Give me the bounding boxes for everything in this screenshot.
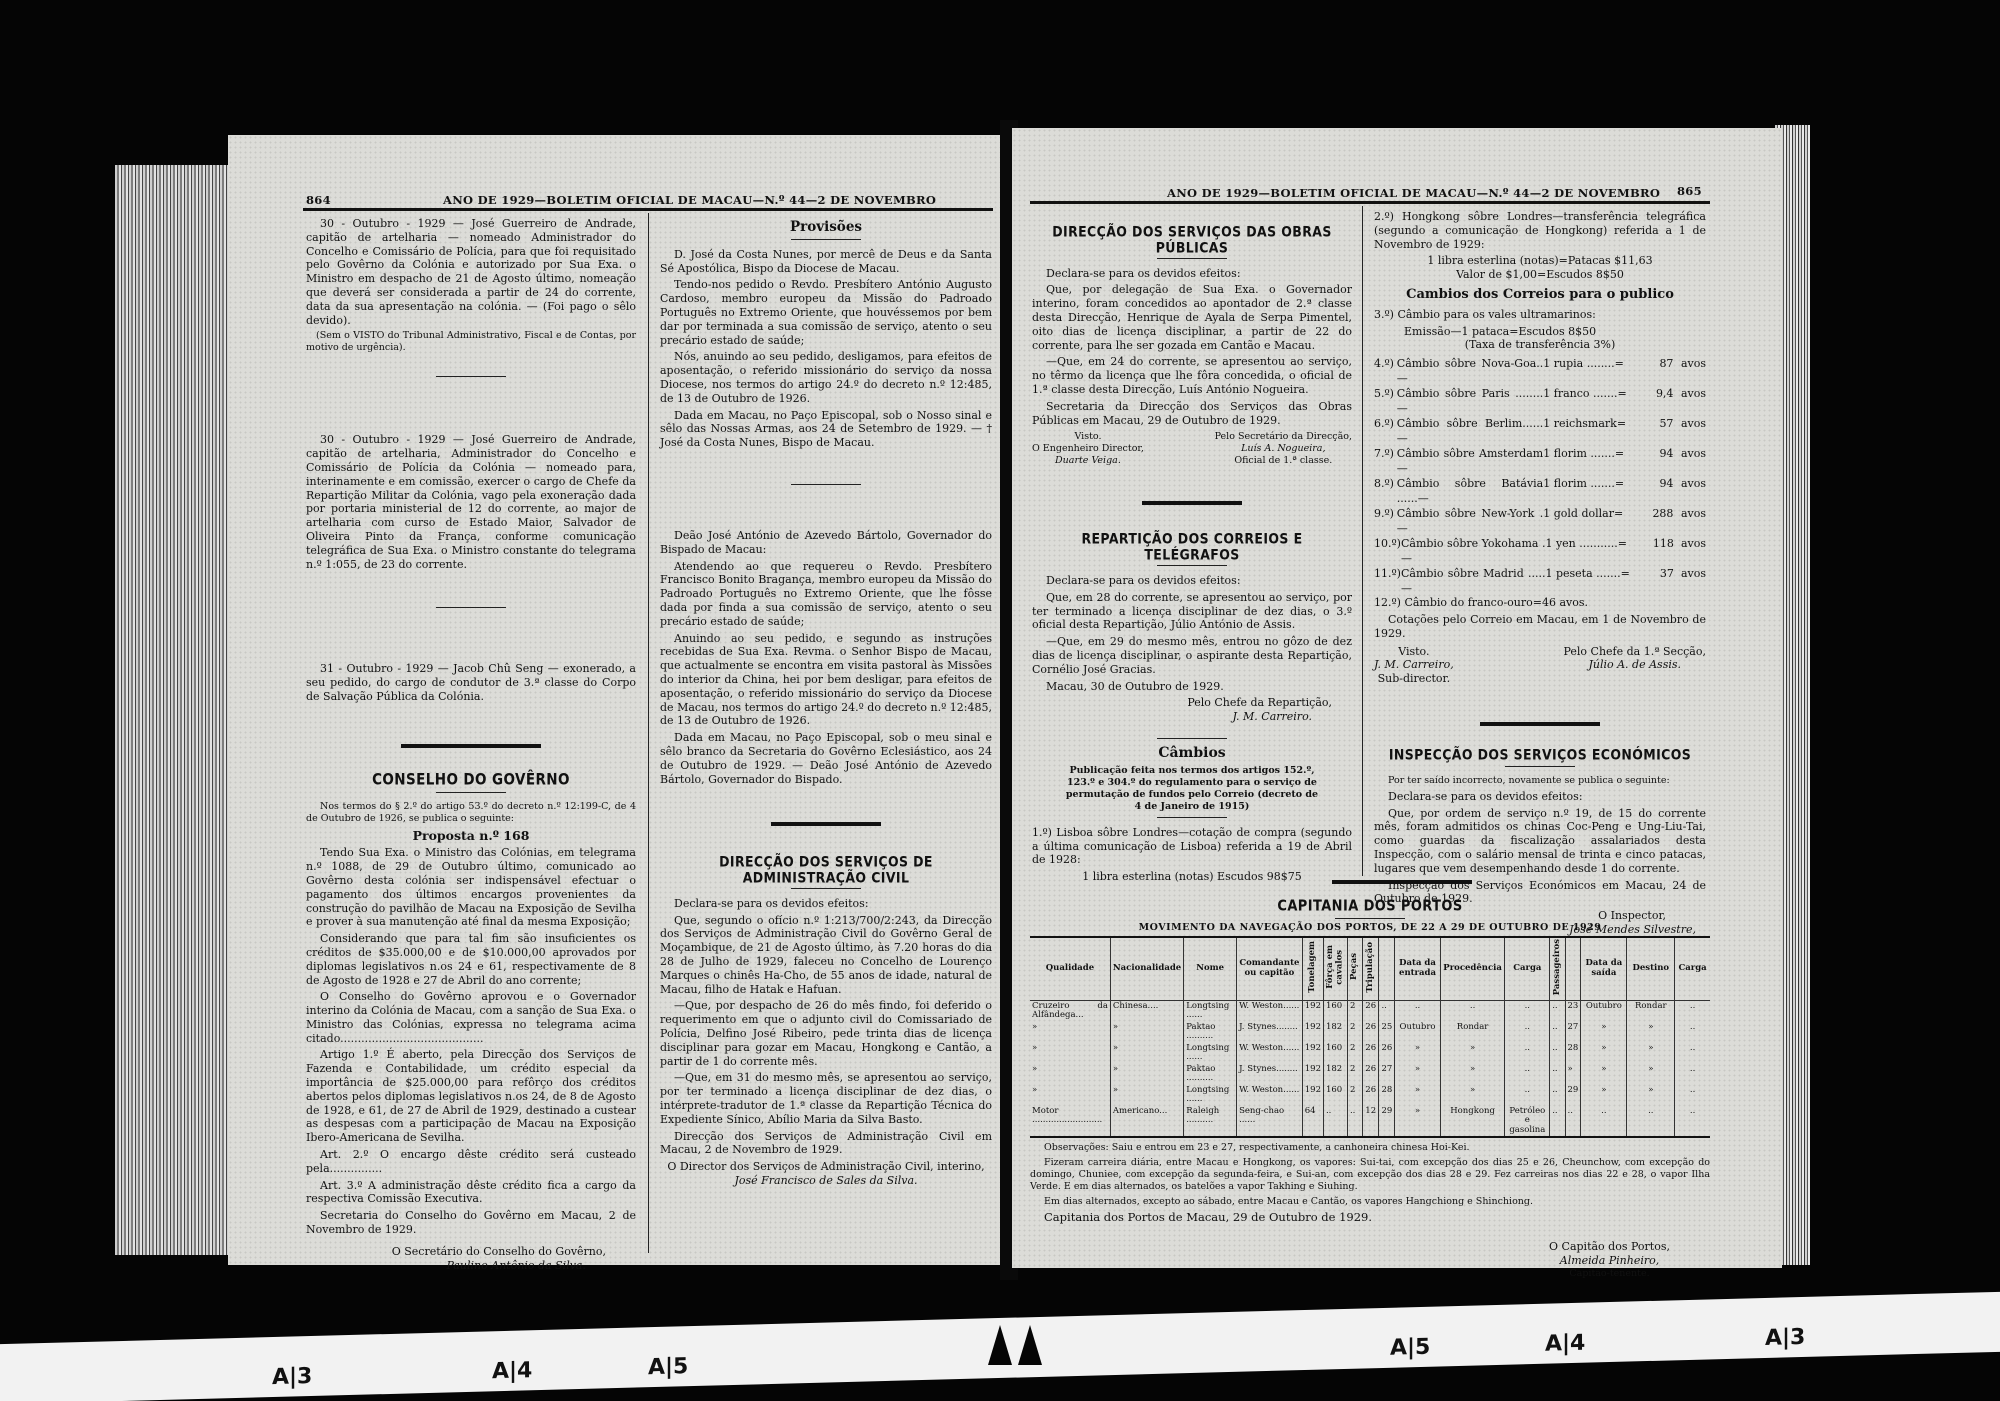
rate-row: 7.º)Câmbio sôbre Amsterdam—1 florim ....… xyxy=(1374,446,1706,476)
sig-name: J. M. Carreiro, xyxy=(1374,658,1454,672)
conselho-art2: Art. 2.º O encargo dêste crédito será cu… xyxy=(306,1148,636,1176)
frame-mark: A|3 xyxy=(1765,1325,1805,1351)
right-col-2: 2.º) Hongkong sôbre Londres—transferênci… xyxy=(1374,210,1706,937)
cell: W. Weston...... xyxy=(1237,1043,1303,1064)
cell: 192 xyxy=(1302,1043,1323,1064)
column-divider xyxy=(648,213,649,1253)
navigation-table-title: MOVIMENTO DA NAVEGAÇÃO DOS PORTOS, DE 22… xyxy=(1030,922,1710,934)
col-header: Tonelagem xyxy=(1308,941,1318,993)
rate-num: 5.º) xyxy=(1374,386,1397,416)
cell: » xyxy=(1581,1085,1627,1106)
cell: 27 xyxy=(1379,1064,1395,1085)
film-notch-left xyxy=(988,1325,1012,1365)
rate-avos: avos xyxy=(1673,476,1706,506)
cambios-item3-v1: Emissão—1 pataca=Escudos 8$50 xyxy=(1374,325,1706,339)
provisoes-p2: Tendo-nos pedido o Revdo. Presbítero Ant… xyxy=(660,278,992,347)
separator xyxy=(1505,766,1575,767)
cambios-signatures: Visto.J. M. Carreiro,Sub-director. Pelo … xyxy=(1374,645,1706,686)
header-rule xyxy=(303,208,993,211)
cell: 23 xyxy=(1565,1000,1581,1022)
rate-avos: avos xyxy=(1673,446,1706,476)
cell: .. xyxy=(1550,1085,1565,1106)
cell: Americano... xyxy=(1110,1106,1183,1137)
obs-1: Observações: Saiu e entrou em 23 e 27, r… xyxy=(1030,1142,1710,1154)
frame-mark: A|5 xyxy=(1390,1335,1430,1361)
rate-city: Câmbio sôbre Nova-Goa..— xyxy=(1397,356,1543,386)
frame-mark: A|3 xyxy=(272,1364,312,1390)
sig-line: Visto. xyxy=(1374,645,1454,659)
sig-name: Almeida Pinheiro, xyxy=(1549,1254,1670,1268)
cell: » xyxy=(1627,1043,1675,1064)
navigation-table-wrap: Qualidade Nacionalidade Nome Comandante … xyxy=(1030,936,1710,1138)
cell: » xyxy=(1565,1064,1581,1085)
sig-name: Júlio A. de Assis. xyxy=(1563,658,1706,672)
frame-mark: A|4 xyxy=(1545,1331,1585,1357)
cell: 26 xyxy=(1363,1064,1379,1085)
provisoes-p4: Dada em Macau, no Paço Episcopal, sob o … xyxy=(660,409,992,450)
conselho-p1: Tendo Sua Exa. o Ministro das Colónias, … xyxy=(306,846,636,929)
inspeccao-p0: Declara-se para os devidos efeitos: xyxy=(1374,790,1706,804)
rate-value: 37 xyxy=(1642,566,1674,596)
separator xyxy=(436,792,506,793)
cell: 26 xyxy=(1363,1022,1379,1043)
cell: 27 xyxy=(1565,1022,1581,1043)
rate-unit: 1 peseta .......= xyxy=(1545,566,1641,596)
bartolo-p2: Atendendo ao que requereu o Revdo. Presb… xyxy=(660,560,992,629)
sig-line: Visto. xyxy=(1032,431,1144,443)
admin-civil-p0: Declara-se para os devidos efeitos: xyxy=(660,897,992,911)
right-running-head: ANO DE 1929—BOLETIM OFICIAL DE MACAU—N.º… xyxy=(1167,186,1660,200)
cell: 26 xyxy=(1363,1000,1379,1022)
table-header-row: Qualidade Nacionalidade Nome Comandante … xyxy=(1030,938,1710,1000)
cell: 26 xyxy=(1363,1085,1379,1106)
section-separator xyxy=(1142,501,1242,505)
cell: » xyxy=(1110,1043,1183,1064)
left-col-1: 30 - Outubro - 1929 — José Guerreiro de … xyxy=(306,217,636,1272)
rate-city: Câmbio sôbre New-York .— xyxy=(1397,506,1543,536)
cell: Paktao .......... xyxy=(1184,1022,1237,1043)
capitania-heading: CAPITANIA DOS PORTOS xyxy=(1030,899,1710,915)
cell: .. xyxy=(1347,1106,1362,1137)
rate-avos: avos xyxy=(1673,416,1706,446)
inspeccao-heading: INSPECÇÃO DOS SERVIÇOS ECONÓMICOS xyxy=(1374,747,1706,763)
capitania-section: CAPITANIA DOS PORTOS MOVIMENTO DA NAVEGA… xyxy=(1030,894,1710,1228)
cell: Longtsing ...... xyxy=(1184,1000,1237,1022)
rate-num: 8.º) xyxy=(1374,476,1397,506)
left-col-2: Provisões D. José da Costa Nunes, por me… xyxy=(660,217,992,1188)
cell: » xyxy=(1030,1085,1110,1106)
sig-line: Oficial de 1.ª classe. xyxy=(1215,455,1352,467)
separator xyxy=(1157,738,1227,739)
cell: 182 xyxy=(1323,1064,1347,1085)
film-notch-right xyxy=(1018,1325,1042,1365)
rate-avos: avos xyxy=(1674,536,1706,566)
col-header: Passageiros xyxy=(1553,939,1563,995)
cell: Longtsing ...... xyxy=(1184,1043,1237,1064)
bartolo-p3: Anuindo ao seu pedido, e segundo as inst… xyxy=(660,632,992,729)
rate-row: 8.º)Câmbio sôbre Batávia ......—1 florim… xyxy=(1374,476,1706,506)
rate-num: 10.º) xyxy=(1374,536,1401,566)
rate-row: 9.º)Câmbio sôbre New-York .—1 gold dolla… xyxy=(1374,506,1706,536)
admin-civil-p3: —Que, em 31 do mesmo mês, se apresentou … xyxy=(660,1071,992,1126)
cell: Petróleo e gasolina xyxy=(1505,1106,1550,1137)
obras-p2: —Que, em 24 do corrente, se apresentou a… xyxy=(1032,355,1352,396)
cambios-closing: Cotações pelo Correio em Macau, em 1 de … xyxy=(1374,613,1706,641)
cell: .. xyxy=(1379,1000,1395,1022)
column-divider xyxy=(1362,206,1363,876)
table-row: »»Longtsing ......W. Weston......1921602… xyxy=(1030,1085,1710,1106)
col-header: Data da entrada xyxy=(1395,938,1440,1000)
admin-civil-p4: Direcção dos Serviços de Administração C… xyxy=(660,1130,992,1158)
col-header xyxy=(1379,938,1395,1000)
cell: 192 xyxy=(1302,1000,1323,1022)
cell: 192 xyxy=(1302,1085,1323,1106)
cell: 2 xyxy=(1347,1043,1362,1064)
cell: J. Stynes........ xyxy=(1237,1064,1303,1085)
inspeccao-p1: Que, por ordem de serviço n.º 19, de 15 … xyxy=(1374,807,1706,876)
rate-avos: avos xyxy=(1673,506,1706,536)
cell: 28 xyxy=(1565,1043,1581,1064)
admin-civil-p1: Que, segundo o ofício n.º 1:213/700/2:24… xyxy=(660,914,992,997)
cell: .. xyxy=(1505,1000,1550,1022)
conselho-p3: O Conselho do Govêrno aprovou e o Govern… xyxy=(306,990,636,1045)
cell: 28 xyxy=(1379,1085,1395,1106)
separator xyxy=(1157,817,1227,818)
sig-line: O Capitão dos Portos, xyxy=(1549,1240,1670,1254)
bartolo-p4: Dada em Macau, no Paço Episcopal, sob o … xyxy=(660,731,992,786)
cell: .. xyxy=(1675,1022,1710,1043)
cell: » xyxy=(1440,1043,1505,1064)
appointment-note: (Sem o VISTO do Tribunal Administrativo,… xyxy=(306,330,636,354)
rate-value: 118 xyxy=(1642,536,1674,566)
cell: » xyxy=(1395,1064,1440,1085)
cell: Rondar xyxy=(1440,1022,1505,1043)
conselho-closing: Secretaria do Conselho do Govêrno em Mac… xyxy=(306,1209,636,1237)
conselho-heading: CONSELHO DO GOVÊRNO xyxy=(306,773,636,789)
cell: » xyxy=(1110,1064,1183,1085)
capitania-closing: Capitania dos Portos de Macau, 29 de Out… xyxy=(1030,1211,1710,1225)
separator xyxy=(436,607,506,608)
rate-unit: 1 rupia ........= xyxy=(1543,356,1641,386)
inspeccao-intro: Por ter saído incorrecto, novamente se p… xyxy=(1374,775,1706,787)
rate-city: Câmbio sôbre Yokohama .— xyxy=(1401,536,1545,566)
cell: » xyxy=(1440,1064,1505,1085)
cell: Paktao .......... xyxy=(1184,1064,1237,1085)
obras-p1: Que, por delegação de Sua Exa. o Governa… xyxy=(1032,283,1352,352)
rate-value: 94 xyxy=(1641,446,1674,476)
rate-row: 5.º)Câmbio sôbre Paris ........—1 franco… xyxy=(1374,386,1706,416)
rate-avos: avos xyxy=(1673,386,1706,416)
cell: Hongkong xyxy=(1440,1106,1505,1137)
sig-name: Duarte Veiga. xyxy=(1032,455,1144,467)
rate-row: 4.º)Câmbio sôbre Nova-Goa..—1 rupia ....… xyxy=(1374,356,1706,386)
conselho-sig-name: Paulino Antônio da Silva. xyxy=(306,1259,636,1273)
cambios-subtitle: Publicação feita nos termos dos artigos … xyxy=(1032,765,1352,813)
rate-unit: 1 florim .......= xyxy=(1543,476,1641,506)
left-running-head: ANO DE 1929—BOLETIM OFICIAL DE MACAU—N.º… xyxy=(443,193,936,207)
cell: 29 xyxy=(1379,1106,1395,1137)
cell: J. Stynes........ xyxy=(1237,1022,1303,1043)
cell: » xyxy=(1030,1022,1110,1043)
cell: .. xyxy=(1675,1000,1710,1022)
header-rule xyxy=(1030,201,1710,204)
appointment-entry-1: 30 - Outubro - 1929 — José Guerreiro de … xyxy=(306,217,636,327)
cell: 2 xyxy=(1347,1022,1362,1043)
admin-civil-p2: —Que, por despacho de 26 do mês findo, f… xyxy=(660,999,992,1068)
obras-heading: DIRECÇÃO DOS SERVIÇOS DAS OBRAS PÚBLICAS xyxy=(1032,224,1352,256)
rate-num: 11.º) xyxy=(1374,566,1401,596)
cell: » xyxy=(1581,1043,1627,1064)
obras-p3: Secretaria da Direcção dos Serviços das … xyxy=(1032,400,1352,428)
cell: Chinesa.... xyxy=(1110,1000,1183,1022)
cell: .. xyxy=(1550,1106,1565,1137)
obs-3: Em dias alternados, excepto ao sábado, e… xyxy=(1030,1196,1710,1208)
cell: Outubro xyxy=(1581,1000,1627,1022)
correios-p3: Macau, 30 de Outubro de 1929. xyxy=(1032,680,1352,694)
section-separator xyxy=(1332,880,1472,884)
rate-row: 6.º)Câmbio sôbre Berlim......—1 reichsma… xyxy=(1374,416,1706,446)
table-row: »»Paktao ..........J. Stynes........1921… xyxy=(1030,1022,1710,1043)
cell: 2 xyxy=(1347,1085,1362,1106)
provisoes-heading: Provisões xyxy=(660,221,992,235)
right-page-number: 865 xyxy=(1677,184,1702,198)
bartolo-p1: Deão José António de Azevedo Bártolo, Go… xyxy=(660,529,992,557)
conselho-art1: Artigo 1.º É aberto, pela Direcção dos S… xyxy=(306,1048,636,1145)
rate-city: Câmbio sôbre Batávia ......— xyxy=(1397,476,1543,506)
admin-civil-heading: DIRECÇÃO DOS SERVIÇOS DE ADMINISTRAÇÃO C… xyxy=(660,854,992,886)
col-header: Nome xyxy=(1184,938,1237,1000)
rate-unit: 1 yen ...........= xyxy=(1545,536,1641,566)
cell: .. xyxy=(1550,1000,1565,1022)
cell: .. xyxy=(1565,1106,1581,1137)
cell: 160 xyxy=(1323,1085,1347,1106)
rate-city: Câmbio sôbre Amsterdam— xyxy=(1397,446,1543,476)
cell: .. xyxy=(1505,1064,1550,1085)
cell: » xyxy=(1395,1106,1440,1137)
cell: » xyxy=(1030,1064,1110,1085)
col-header: Tripulação xyxy=(1366,942,1376,993)
cell: .. xyxy=(1675,1064,1710,1085)
separator xyxy=(791,888,861,889)
cambios-item2-v2: Valor de $1,00=Escudos 8$50 xyxy=(1374,268,1706,282)
cambios-item2: 2.º) Hongkong sôbre Londres—transferênci… xyxy=(1374,210,1706,251)
frame-mark: A|5 xyxy=(648,1354,688,1380)
conselho-art3: Art. 3.º A administração dêste crédito f… xyxy=(306,1179,636,1207)
section-separator xyxy=(771,822,881,826)
cell: Raleigh .......... xyxy=(1184,1106,1237,1137)
table-row: Cruzeiro da Alfândega...Chinesa....Longt… xyxy=(1030,1000,1710,1022)
cell: 26 xyxy=(1363,1043,1379,1064)
col-header: Fôrça em cavalos xyxy=(1326,937,1345,997)
col-header: Comandante ou capitão xyxy=(1237,938,1303,1000)
left-page: 864 ANO DE 1929—BOLETIM OFICIAL DE MACAU… xyxy=(228,135,1006,1265)
cell: » xyxy=(1395,1043,1440,1064)
rate-num: 6.º) xyxy=(1374,416,1397,446)
rate-avos: avos xyxy=(1674,566,1706,596)
rate-avos: avos xyxy=(1673,356,1706,386)
cambios-item2-v1: 1 libra esterlina (notas)=Patacas $11,63 xyxy=(1374,254,1706,268)
col-header: Destino xyxy=(1627,938,1675,1000)
cell: .. xyxy=(1550,1022,1565,1043)
cell: .. xyxy=(1550,1064,1565,1085)
cell: » xyxy=(1110,1085,1183,1106)
navigation-table: Qualidade Nacionalidade Nome Comandante … xyxy=(1030,938,1710,1136)
proposta-title: Proposta n.º 168 xyxy=(306,829,636,843)
capitania-signature: O Capitão dos Portos, Almeida Pinheiro, … xyxy=(1549,1240,1670,1280)
sig-line: Capitão-tenente. xyxy=(1549,1268,1670,1280)
cell: .. xyxy=(1395,1000,1440,1022)
provisoes-p1: D. José da Costa Nunes, por mercê de Deu… xyxy=(660,248,992,276)
cambios-item1-value: 1 libra esterlina (notas) Escudos 98$75 xyxy=(1032,870,1352,884)
cambios-item3: 3.º) Câmbio para os vales ultramarinos: xyxy=(1374,308,1706,322)
sig-line: O Engenheiro Director, xyxy=(1032,443,1144,455)
cell: Longtsing ...... xyxy=(1184,1085,1237,1106)
section-separator xyxy=(1480,722,1600,726)
right-col-1: DIRECÇÃO DOS SERVIÇOS DAS OBRAS PÚBLICAS… xyxy=(1032,220,1352,884)
cell: 25 xyxy=(1379,1022,1395,1043)
cell: » xyxy=(1581,1064,1627,1085)
obras-p0: Declara-se para os devidos efeitos: xyxy=(1032,267,1352,281)
cell: .. xyxy=(1675,1085,1710,1106)
sig-line: Sub-director. xyxy=(1374,672,1454,686)
cell: » xyxy=(1395,1085,1440,1106)
exoneration-entry: 31 - Outubro - 1929 — Jacob Chû Seng — e… xyxy=(306,662,636,703)
cell: .. xyxy=(1323,1106,1347,1137)
separator xyxy=(1157,258,1227,259)
cell: » xyxy=(1627,1022,1675,1043)
sig-name: Luís A. Nogueira, xyxy=(1215,443,1352,455)
cell: 12 xyxy=(1363,1106,1379,1137)
cell: .. xyxy=(1505,1022,1550,1043)
cell: 2 xyxy=(1347,1000,1362,1022)
correios-sig-title: Pelo Chefe da Repartição, xyxy=(1032,696,1352,710)
cell: 160 xyxy=(1323,1000,1347,1022)
cell: Rondar xyxy=(1627,1000,1675,1022)
cell: .. xyxy=(1675,1106,1710,1137)
cell: Motor .......................... xyxy=(1030,1106,1110,1137)
col-header: Carga xyxy=(1675,938,1710,1000)
correios-p2: —Que, em 29 do mesmo mês, entrou no gôzo… xyxy=(1032,635,1352,676)
rate-value: 288 xyxy=(1641,506,1674,536)
col-header xyxy=(1565,938,1581,1000)
correios-heading: REPARTIÇÃO DOS CORREIOS E TELÉGRAFOS xyxy=(1032,531,1352,563)
table-row: Motor ..........................American… xyxy=(1030,1106,1710,1137)
cambios-heading: Câmbios xyxy=(1032,747,1352,761)
cell: .. xyxy=(1440,1000,1505,1022)
capitania-observations: Observações: Saiu e entrou em 23 e 27, r… xyxy=(1030,1142,1710,1208)
separator xyxy=(1335,918,1405,919)
cell: 29 xyxy=(1565,1085,1581,1106)
cambios-correios-heading: Cambios dos Correios para o publico xyxy=(1374,288,1706,302)
rate-city: Câmbio sôbre Madrid .....— xyxy=(1401,566,1545,596)
cell: » xyxy=(1627,1064,1675,1085)
rate-unit: 1 florim .......= xyxy=(1543,446,1641,476)
cell: » xyxy=(1110,1022,1183,1043)
rate-num: 7.º) xyxy=(1374,446,1397,476)
correios-sig-name: J. M. Carreiro. xyxy=(1032,710,1352,724)
col-header: Nacionalidade xyxy=(1110,938,1183,1000)
cell: Seng-chao ...... xyxy=(1237,1106,1303,1137)
cambios-item12: 12.º) Câmbio do franco-ouro=46 avos. xyxy=(1374,596,1706,610)
cell: .. xyxy=(1550,1043,1565,1064)
obras-signatures: Visto.O Engenheiro Director,Duarte Veiga… xyxy=(1032,431,1352,467)
rate-num: 4.º) xyxy=(1374,356,1397,386)
cell: » xyxy=(1627,1085,1675,1106)
cell: .. xyxy=(1675,1043,1710,1064)
cell: .. xyxy=(1627,1106,1675,1137)
section-separator xyxy=(401,744,541,748)
rate-unit: 1 reichsmark= xyxy=(1543,416,1641,446)
cell: » xyxy=(1440,1085,1505,1106)
rate-city: Câmbio sôbre Berlim......— xyxy=(1397,416,1543,446)
rate-num: 9.º) xyxy=(1374,506,1397,536)
appointment-entry-2: 30 - Outubro - 1929 — José Guerreiro de … xyxy=(306,433,636,571)
separator xyxy=(791,484,861,485)
right-page: ANO DE 1929—BOLETIM OFICIAL DE MACAU—N.º… xyxy=(1012,128,1782,1268)
cell: .. xyxy=(1581,1106,1627,1137)
obs-2: Fizeram carreira diária, entre Macau e H… xyxy=(1030,1157,1710,1193)
table-row: »»Paktao ..........J. Stynes........1921… xyxy=(1030,1064,1710,1085)
cell: 182 xyxy=(1323,1022,1347,1043)
exchange-rate-list: 4.º)Câmbio sôbre Nova-Goa..—1 rupia ....… xyxy=(1374,356,1706,596)
cell: 192 xyxy=(1302,1022,1323,1043)
rate-value: 9,4 xyxy=(1641,386,1674,416)
separator xyxy=(1157,565,1227,566)
conselho-intro: Nos termos do § 2.º do artigo 53.º do de… xyxy=(306,801,636,825)
rate-row: 11.º)Câmbio sôbre Madrid .....—1 peseta … xyxy=(1374,566,1706,596)
left-page-number: 864 xyxy=(306,193,331,207)
table-row: »»Longtsing ......W. Weston......1921602… xyxy=(1030,1043,1710,1064)
correios-p1: Que, em 28 do corrente, se apresentou ao… xyxy=(1032,591,1352,632)
cell: .. xyxy=(1505,1043,1550,1064)
cambios-item3-v2: (Taxa de transferência 3%) xyxy=(1374,338,1706,352)
col-header: Peças xyxy=(1350,953,1360,980)
rate-unit: 1 gold dollar= xyxy=(1543,506,1641,536)
cell: Outubro xyxy=(1395,1022,1440,1043)
rate-unit: 1 franco .......= xyxy=(1543,386,1641,416)
sig-line: Pelo Secretário da Direcção, xyxy=(1215,431,1352,443)
cambios-item1: 1.º) Lisboa sôbre Londres—cotação de com… xyxy=(1032,826,1352,867)
cell: 160 xyxy=(1323,1043,1347,1064)
conselho-sig-title: O Secretário do Conselho do Govêrno, xyxy=(306,1245,636,1259)
col-header: Carga xyxy=(1505,938,1550,1000)
rate-value: 94 xyxy=(1641,476,1674,506)
frame-mark: A|4 xyxy=(492,1358,532,1384)
cell: » xyxy=(1581,1022,1627,1043)
cell: .. xyxy=(1505,1085,1550,1106)
conselho-p2: Considerando que para tal fim são insufi… xyxy=(306,932,636,987)
separator xyxy=(791,239,861,240)
rate-value: 57 xyxy=(1641,416,1674,446)
admin-civil-sig-title: O Director dos Serviços de Administração… xyxy=(660,1160,992,1174)
cell: W. Weston...... xyxy=(1237,1085,1303,1106)
rate-city: Câmbio sôbre Paris ........— xyxy=(1397,386,1543,416)
cell: W. Weston...... xyxy=(1237,1000,1303,1022)
correios-p0: Declara-se para os devidos efeitos: xyxy=(1032,574,1352,588)
admin-civil-sig-name: José Francisco de Sales da Silva. xyxy=(660,1174,992,1188)
col-header: Data da saída xyxy=(1581,938,1627,1000)
cell: 26 xyxy=(1379,1043,1395,1064)
cell: 2 xyxy=(1347,1064,1362,1085)
sig-line: Pelo Chefe da 1.ª Secção, xyxy=(1563,645,1706,659)
separator xyxy=(436,376,506,377)
rate-row: 10.º)Câmbio sôbre Yokohama .—1 yen .....… xyxy=(1374,536,1706,566)
provisoes-p3: Nós, anuindo ao seu pedido, desligamos, … xyxy=(660,350,992,405)
cell: Cruzeiro da Alfândega... xyxy=(1030,1000,1110,1022)
rate-value: 87 xyxy=(1641,356,1674,386)
col-header: Procedência xyxy=(1440,938,1505,1000)
book-page-edges-left xyxy=(115,165,235,1255)
